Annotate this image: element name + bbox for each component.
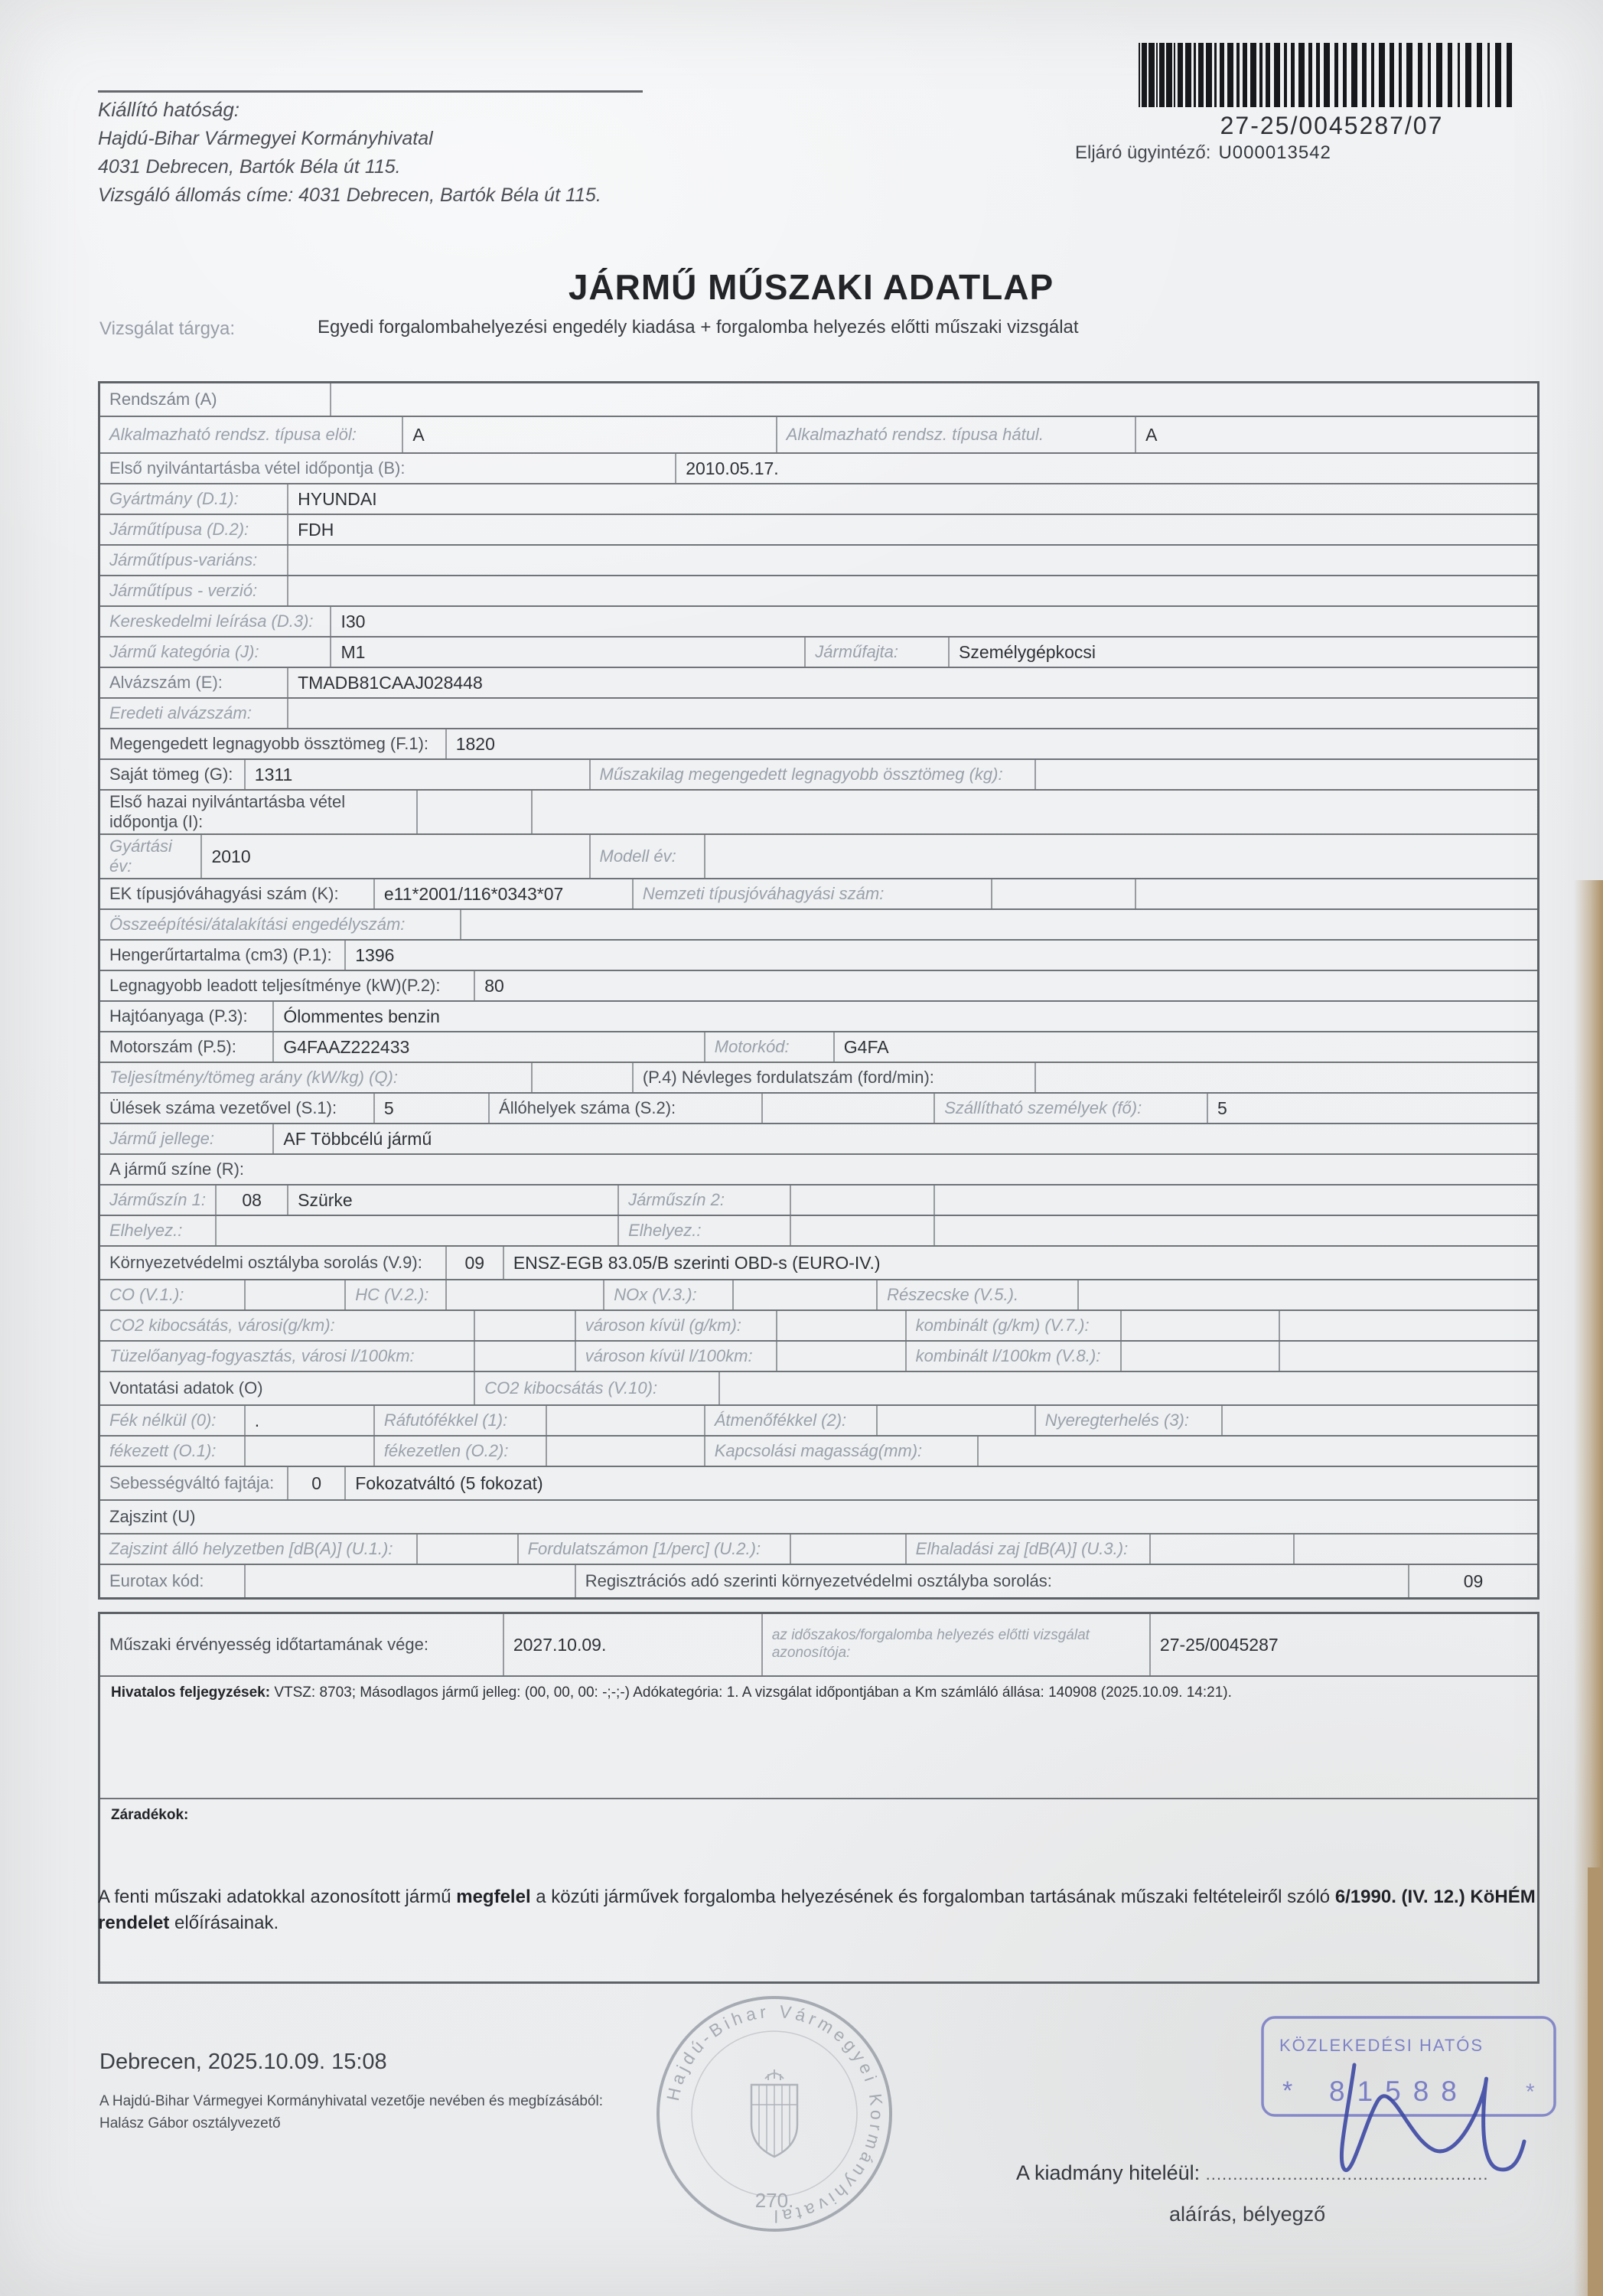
field-value: Szürke <box>287 1186 617 1215</box>
field-value <box>445 1280 604 1309</box>
barcode-bar <box>1316 43 1320 107</box>
field-value: Fokozatváltó (5 fokozat) <box>344 1467 1537 1499</box>
field-label: Járműtípus-variáns: <box>100 546 287 575</box>
field-value <box>933 1216 1537 1245</box>
barcode-bar <box>1284 43 1287 107</box>
table-row: Eredeti alvázszám: <box>100 697 1537 728</box>
table-row: Alvázszám (E):TMADB81CAAJ028448 <box>100 667 1537 697</box>
field-label: fékezetlen (O.2): <box>373 1437 546 1466</box>
barcode-bar <box>1390 43 1394 107</box>
field-label: Átmenőfékkel (2): <box>704 1406 876 1435</box>
table-row: Tüzelőanyag-fogyasztás, városi l/100km:v… <box>100 1340 1537 1371</box>
field-label: városon kívül l/100km: <box>575 1342 776 1371</box>
field-value <box>287 576 1537 605</box>
field-value: 1820 <box>445 729 1537 758</box>
field-value <box>287 546 1537 575</box>
barcode-bar <box>1274 43 1280 107</box>
field-value <box>416 1534 516 1564</box>
field-value: HYUNDAI <box>287 484 1537 514</box>
field-value <box>876 1406 1034 1435</box>
field-value <box>531 1063 631 1092</box>
table-row: Ülések száma vezetővel (S.1):5Állóhelyek… <box>100 1092 1537 1123</box>
field-label: Hajtóanyaga (P.3): <box>100 1002 272 1031</box>
field-value: 80 <box>474 971 1537 1000</box>
barcode-bar <box>1436 43 1442 107</box>
field-value <box>1120 1342 1279 1371</box>
barcode-number: 27-25/0045287/07 <box>1139 112 1525 140</box>
table-row: Legnagyobb leadott teljesítménye (kW)(P.… <box>100 970 1537 1000</box>
field-value <box>1221 1406 1537 1435</box>
table-row: Hivatalos feljegyzések: VTSZ: 8703; Máso… <box>100 1675 1537 1798</box>
barcode-bar <box>1334 43 1338 107</box>
field-label: Elhaladási zaj [dB(A)] (U.3.): <box>905 1534 1149 1564</box>
table-row: Környezetvédelmi osztályba sorolás (V.9)… <box>100 1245 1537 1279</box>
field-value <box>761 1094 933 1123</box>
field-value <box>1293 1534 1537 1564</box>
field-label: Műszaki érvényesség időtartamának vége: <box>100 1614 503 1675</box>
field-value <box>790 1534 904 1564</box>
field-label: Első hazai nyilvántartásba vétel időpont… <box>100 791 416 833</box>
field-value <box>991 879 1135 908</box>
field-value <box>732 1280 876 1309</box>
barcode-bar <box>1194 43 1196 107</box>
table-row: Fék nélkül (0):.Ráfutófékkel (1):Átmenőf… <box>100 1404 1537 1435</box>
table-row: Vontatási adatok (O)CO2 kibocsátás (V.10… <box>100 1371 1537 1404</box>
field-value: 5 <box>373 1094 488 1123</box>
barcode-bar <box>1148 43 1155 107</box>
table-row: EK típusjóváhagyási szám (K):e11*2001/11… <box>100 878 1537 908</box>
field-value: e11*2001/116*0343*07 <box>373 879 632 908</box>
field-value: 1311 <box>244 760 589 789</box>
barcode-bar <box>1159 43 1165 107</box>
table-row: Gyártmány (D.1):HYUNDAI <box>100 483 1537 514</box>
header-rule <box>98 90 643 93</box>
statement-text: a közúti járművek forgalomba helyezéséne… <box>531 1887 1335 1907</box>
field-label: Ülések száma vezetővel (S.1): <box>100 1094 373 1123</box>
field-value <box>718 1372 1537 1404</box>
field-value: FDH <box>287 515 1537 544</box>
field-label: Tüzelőanyag-fogyasztás, városi l/100km: <box>100 1342 474 1371</box>
field-label: Fék nélkül (0): <box>100 1406 244 1435</box>
field-label: Járműtípus - verzió: <box>100 576 287 605</box>
field-label: Környezetvédelmi osztályba sorolás (V.9)… <box>100 1247 445 1279</box>
issuer-label: Kiállító hatóság: <box>98 98 601 122</box>
barcode <box>1139 43 1525 107</box>
barcode-bar <box>1198 43 1204 107</box>
subject-value: Egyedi forgalombahelyezési engedély kiad… <box>318 317 1511 338</box>
barcode-bar <box>1371 43 1374 107</box>
field-value <box>776 1311 905 1340</box>
barcode-bar <box>1243 43 1247 107</box>
field-value: G4FA <box>833 1032 1537 1062</box>
statement-bold-megfelel: megfelel <box>456 1887 530 1907</box>
field-label: Motorszám (P.5): <box>100 1032 272 1062</box>
barcode-bar <box>1495 43 1501 107</box>
barcode-bar <box>1487 43 1490 107</box>
statement-text: A fenti műszaki adatokkal azonosított já… <box>98 1887 456 1907</box>
table-row: Saját tömeg (G):1311Műszakilag megengede… <box>100 758 1537 789</box>
table-row: Gyártási év:2010Modell év: <box>100 833 1537 878</box>
field-label: Kapcsolási magasság(mm): <box>704 1437 977 1466</box>
signature-caption: aláírás, bélyegző <box>1169 2203 1552 2226</box>
field-label: fékezett (O.1): <box>100 1437 244 1466</box>
barcode-bar <box>1166 43 1172 107</box>
field-label: Jármű jellege: <box>100 1124 272 1153</box>
field-value <box>933 1186 1537 1215</box>
table-row: Járműtípusa (D.2):FDH <box>100 514 1537 544</box>
subject-label: Vizsgálat tárgya: <box>99 318 235 340</box>
field-value: G4FAAZ222433 <box>272 1032 703 1062</box>
blue-stamp-star-left: * <box>1282 2076 1292 2105</box>
field-label: Alkalmazható rendsz. típusa elöl: <box>100 417 402 452</box>
field-label: Regisztrációs adó szerinti környezetvéde… <box>575 1565 1408 1597</box>
field-label: Rendszám (A) <box>100 383 330 416</box>
field-value <box>531 791 1537 833</box>
place-and-date: Debrecen, 2025.10.09. 15:08 <box>99 2050 387 2075</box>
table-row: Rendszám (A) <box>100 383 1537 416</box>
field-label: Részecske (V.5.). <box>876 1280 1077 1309</box>
barcode-bar <box>1362 43 1367 107</box>
field-label: Gyártási év: <box>100 835 200 878</box>
barcode-bar <box>1250 43 1256 107</box>
field-label: Nyeregterhelés (3): <box>1034 1406 1221 1435</box>
field-label: CO2 kibocsátás, városi(g/km): <box>100 1311 474 1340</box>
case-officer-label: Eljáró ügyintéző: <box>1075 142 1210 163</box>
field-label: CO (V.1.): <box>100 1280 244 1309</box>
field-value: 0 <box>287 1467 344 1499</box>
field-value <box>330 383 1537 416</box>
field-value <box>474 1342 574 1371</box>
field-value: M1 <box>330 638 804 667</box>
field-label: Zajszint (U) <box>100 1501 1537 1533</box>
issuing-authority-block: Kiállító hatóság: Hajdú-Bihar Vármegyei … <box>98 98 601 213</box>
field-label: Modell év: <box>589 835 704 878</box>
field-value <box>1279 1311 1537 1340</box>
field-value <box>1120 1311 1279 1340</box>
barcode-bar <box>1227 43 1233 107</box>
attest-label: A kiadmány hiteléül: <box>1016 2161 1200 2184</box>
table-row: Megengedett legnagyobb össztömeg (F.1):1… <box>100 728 1537 758</box>
case-officer-line: Eljáró ügyintéző:U000013542 <box>1075 142 1331 164</box>
field-value: Ólommentes benzin <box>272 1002 1537 1031</box>
table-row: fékezett (O.1):fékezetlen (O.2):Kapcsolá… <box>100 1435 1537 1466</box>
field-value <box>1279 1342 1537 1371</box>
issuer-address: 4031 Debrecen, Bartók Béla út 115. <box>98 156 601 178</box>
field-value: TMADB81CAAJ028448 <box>287 668 1537 697</box>
table-row: Sebességváltó fajtája:0Fokozatváltó (5 f… <box>100 1466 1537 1499</box>
barcode-bar <box>1139 43 1140 107</box>
barcode-bar <box>1298 43 1305 107</box>
table-row: Műszaki érvényesség időtartamának vége:2… <box>100 1614 1537 1675</box>
field-value: 09 <box>1408 1565 1537 1597</box>
table-row: Első hazai nyilvántartásba vétel időpont… <box>100 789 1537 833</box>
attestation-line: A kiadmány hiteléül: ...................… <box>1016 2161 1489 2185</box>
field-value: 1396 <box>344 941 1537 970</box>
field-label: Járműfajta: <box>804 638 948 667</box>
field-label: Megengedett legnagyobb össztömeg (F.1): <box>100 729 445 758</box>
field-value <box>1135 879 1537 908</box>
table-row: Eurotax kód:Regisztrációs adó szerinti k… <box>100 1564 1537 1597</box>
field-label: Sebességváltó fajtája: <box>100 1467 287 1499</box>
barcode-bar <box>1308 43 1312 107</box>
field-value: 2010.05.17. <box>675 454 1537 483</box>
barcode-bar <box>1142 43 1147 107</box>
barcode-bar <box>1174 43 1175 107</box>
blue-stamp-star-right: * <box>1526 2079 1535 2105</box>
signer-block: A Hajdú-Bihar Vármegyei Kormányhivatal v… <box>99 2091 603 2135</box>
barcode-bar <box>1236 43 1240 107</box>
table-row: Zajszint (U) <box>100 1499 1537 1533</box>
field-label: Kereskedelmi leírása (D.3): <box>100 607 330 636</box>
field-value <box>474 1311 574 1340</box>
field-value <box>215 1216 617 1245</box>
field-value: 08 <box>215 1186 287 1215</box>
authority-delegation-line: A Hajdú-Bihar Vármegyei Kormányhivatal v… <box>99 2091 603 2113</box>
field-label: Járműszín 2: <box>617 1186 790 1215</box>
barcode-bar <box>1343 43 1347 107</box>
inspection-station-address: Vizsgáló állomás címe: 4031 Debrecen, Ba… <box>98 184 601 207</box>
table-row: Teljesítmény/tömeg arány (kW/kg) (Q):(P.… <box>100 1062 1537 1092</box>
field-value: 2010 <box>200 835 588 878</box>
field-label: Hengerűrtartalma (cm3) (P.1): <box>100 941 344 970</box>
field-label: HC (V.2.): <box>344 1280 445 1309</box>
field-label: Szállítható személyek (fő): <box>933 1094 1207 1123</box>
round-stamp-number: 270. <box>755 2189 794 2212</box>
table-row: A jármű színe (R): <box>100 1153 1537 1184</box>
table-row: Alkalmazható rendsz. típusa elöl:AAlkalm… <box>100 416 1537 452</box>
field-value: ENSZ-EGB 83.05/B szerinti OBD-s (EURO-IV… <box>503 1247 1537 1279</box>
field-value: A <box>1135 417 1537 452</box>
field-label: Műszakilag megengedett legnagyobb össztö… <box>589 760 1034 789</box>
page-title: JÁRMŰ MŰSZAKI ADATLAP <box>459 266 1163 308</box>
field-label: Járműszín 1: <box>100 1186 215 1215</box>
field-value <box>704 835 1537 878</box>
barcode-bar <box>1507 43 1512 107</box>
round-stamp: Hajdú-Bihar Vármegyei Kormányhivatal 270… <box>644 1984 904 2244</box>
field-label: NOx (V.3.): <box>603 1280 732 1309</box>
field-value <box>287 699 1537 728</box>
blue-stamp-title: KÖZLEKEDÉSI HATÓS <box>1279 2036 1484 2055</box>
barcode-bar <box>1428 43 1431 107</box>
field-label: Eredeti alvázszám: <box>100 699 287 728</box>
field-value: I30 <box>330 607 1537 636</box>
field-value <box>244 1437 373 1466</box>
table-row: Jármű jellege:AF Többcélú jármű <box>100 1123 1537 1153</box>
field-label: Járműtípusa (D.2): <box>100 515 287 544</box>
table-row: CO (V.1.):HC (V.2.):NOx (V.3.):Részecske… <box>100 1279 1537 1309</box>
field-label: Alvázszám (E): <box>100 668 287 697</box>
table-block: Rendszám (A)Alkalmazható rendsz. típusa … <box>98 381 1539 1600</box>
table-row: Hengerűrtartalma (cm3) (P.1):1396 <box>100 939 1537 970</box>
table-row: Zajszint álló helyzetben [dB(A)] (U.1.):… <box>100 1533 1537 1564</box>
barcode-bar <box>1399 43 1402 107</box>
coat-of-arms-icon <box>751 2069 797 2157</box>
field-label: Zajszint álló helyzetben [dB(A)] (U.1.): <box>100 1534 416 1564</box>
table-row: Kereskedelmi leírása (D.3):I30 <box>100 605 1537 636</box>
signer-name: Halász Gábor osztályvezető <box>99 2113 603 2135</box>
field-label: Összeépítési/átalakítási engedélyszám: <box>100 910 460 939</box>
barcode-bar <box>1178 43 1183 107</box>
field-label: Ráfutófékkel (1): <box>373 1406 546 1435</box>
field-label: Alkalmazható rendsz. típusa hátul. <box>776 417 1135 452</box>
barcode-bar <box>1266 43 1270 107</box>
field-value <box>790 1216 933 1245</box>
field-label: városon kívül (g/km): <box>575 1311 776 1340</box>
barcode-bar <box>1185 43 1191 107</box>
table-row: Elhelyez.:Elhelyez.: <box>100 1215 1537 1245</box>
field-label: Fordulatszámon [1/perc] (U.2.): <box>517 1534 790 1564</box>
field-label: Első nyilvántartásba vétel időpontja (B)… <box>100 454 675 483</box>
scanned-document-page: Kiállító hatóság: Hajdú-Bihar Vármegyei … <box>0 0 1603 2296</box>
field-value <box>460 910 1538 939</box>
barcode-bar <box>1324 43 1330 107</box>
field-label: Elhelyez.: <box>100 1216 215 1245</box>
issuer-name: Hajdú-Bihar Vármegyei Kormányhivatal <box>98 128 601 150</box>
barcode-bar <box>1465 43 1471 107</box>
field-label: kombinált l/100km (V.8.): <box>905 1342 1121 1371</box>
field-value <box>790 1186 933 1215</box>
barcode-bar <box>1406 43 1412 107</box>
field-label: Állóhelyek száma (S.2): <box>488 1094 761 1123</box>
field-value: 5 <box>1207 1094 1537 1123</box>
field-value <box>1077 1280 1537 1309</box>
field-value <box>244 1280 344 1309</box>
field-label: az időszakos/forgalomba helyezés előtti … <box>761 1614 1149 1675</box>
field-label: Eurotax kód: <box>100 1565 244 1597</box>
table-row: Első nyilvántartásba vétel időpontja (B)… <box>100 452 1537 483</box>
field-value <box>977 1437 1537 1466</box>
table-row: Összeépítési/átalakítási engedélyszám: <box>100 908 1537 939</box>
field-value: . <box>244 1406 373 1435</box>
scan-edge-corner <box>1588 1867 1603 2296</box>
field-value <box>1149 1534 1293 1564</box>
field-value <box>416 791 531 833</box>
field-value: 27-25/0045287 <box>1149 1614 1537 1675</box>
field-label: Jármű kategória (J): <box>100 638 330 667</box>
barcode-bar <box>1259 43 1263 107</box>
table-row: Motorszám (P.5):G4FAAZ222433Motorkód:G4F… <box>100 1031 1537 1062</box>
field-value <box>1034 760 1537 789</box>
case-officer-value: U000013542 <box>1218 142 1331 163</box>
field-value: Személygépkocsi <box>948 638 1537 667</box>
barcode-bar <box>1418 43 1422 107</box>
field-label: Elhelyez.: <box>617 1216 790 1245</box>
field-value <box>244 1565 575 1597</box>
table-row: Járműtípus-variáns: <box>100 544 1537 575</box>
field-label: Gyártmány (D.1): <box>100 484 287 514</box>
field-label: Nemzeti típusjóváhagyási szám: <box>632 879 992 908</box>
field-label: Legnagyobb leadott teljesítménye (kW)(P.… <box>100 971 474 1000</box>
compliance-statement: A fenti műszaki adatokkal azonosított já… <box>98 1884 1539 1936</box>
table-row: CO2 kibocsátás, városi(g/km):városon kív… <box>100 1309 1537 1340</box>
field-value <box>546 1437 704 1466</box>
barcode-bar <box>1448 43 1452 107</box>
field-label: Teljesítmény/tömeg arány (kW/kg) (Q): <box>100 1063 531 1092</box>
barcode-bar <box>1379 43 1385 107</box>
field-label: Motorkód: <box>704 1032 833 1062</box>
barcode-bar <box>1214 43 1217 107</box>
field-value <box>546 1406 704 1435</box>
field-label: A jármű színe (R): <box>100 1155 1537 1184</box>
field-value: A <box>402 417 775 452</box>
field-label: Saját tömeg (G): <box>100 760 244 789</box>
statement-text: előírásainak. <box>169 1913 279 1933</box>
table-row: Járműszín 1:08SzürkeJárműszín 2: <box>100 1184 1537 1215</box>
field-label: Hivatalos feljegyzések: VTSZ: 8703; Máso… <box>100 1677 1537 1798</box>
table-row: Járműtípus - verzió: <box>100 575 1537 605</box>
barcode-bar <box>1477 43 1482 107</box>
field-value <box>1034 1063 1537 1092</box>
barcode-bar <box>1351 43 1357 107</box>
field-value: 2027.10.09. <box>503 1614 761 1675</box>
field-label: kombinált (g/km) (V.7.): <box>905 1311 1121 1340</box>
table-row: Jármű kategória (J):M1Járműfajta:Személy… <box>100 636 1537 667</box>
field-value <box>776 1342 905 1371</box>
vehicle-data-table: Rendszám (A)Alkalmazható rendsz. típusa … <box>98 381 1539 1984</box>
field-label: CO2 kibocsátás (V.10): <box>474 1372 718 1404</box>
attest-dotted-line: ........................................… <box>1206 2164 1489 2183</box>
barcode-bar <box>1156 43 1158 107</box>
barcode-bar <box>1220 43 1224 107</box>
table-row: Hajtóanyaga (P.3):Ólommentes benzin <box>100 1000 1537 1031</box>
field-label: EK típusjóváhagyási szám (K): <box>100 879 373 908</box>
field-label: Vontatási adatok (O) <box>100 1372 474 1404</box>
field-label: (P.4) Névleges fordulatszám (ford/min): <box>632 1063 1034 1092</box>
barcode-bar <box>1206 43 1212 107</box>
barcode-bar <box>1291 43 1295 107</box>
barcode-bar <box>1458 43 1460 107</box>
field-value: AF Többcélú jármű <box>272 1124 1537 1153</box>
field-value: 09 <box>445 1247 503 1279</box>
